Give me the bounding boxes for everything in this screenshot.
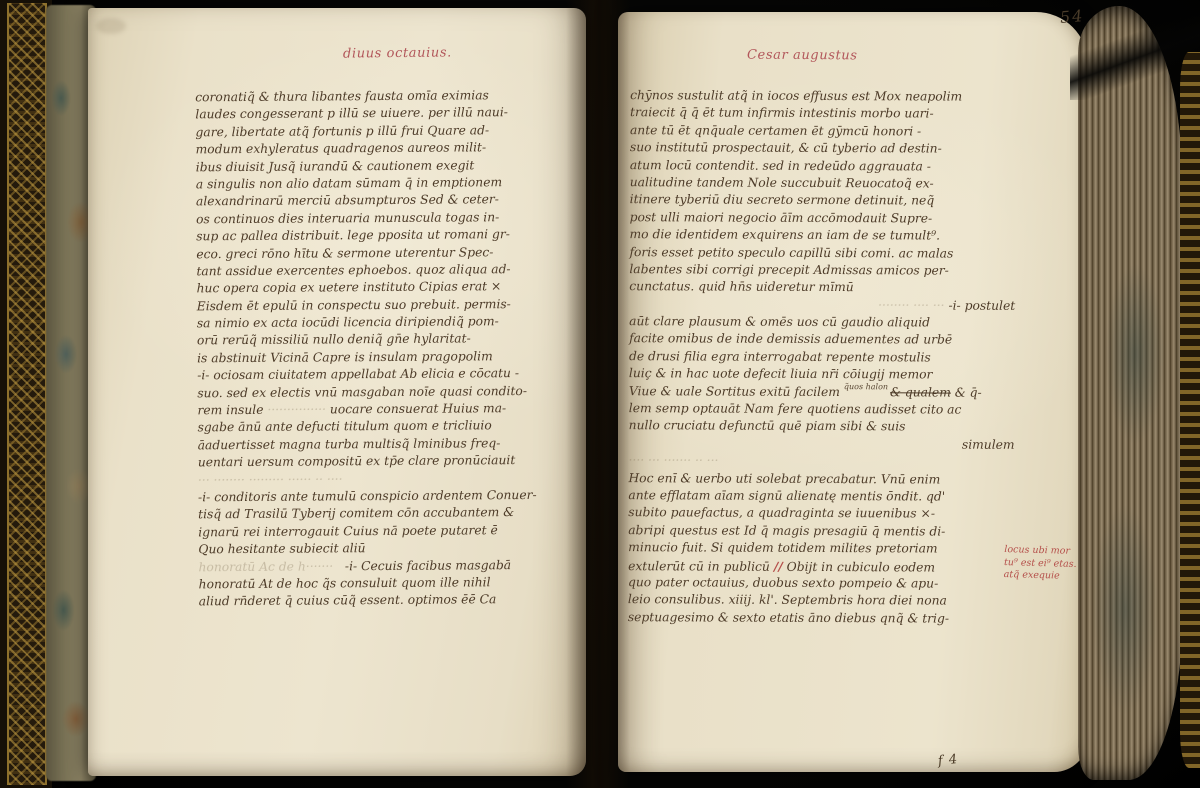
manuscript-line: extulerūt cū in publicū // Obijt in cubi… xyxy=(628,557,1014,576)
manuscript-line: suo. sed ex electis vnū masgaban noīe qu… xyxy=(197,382,575,402)
left-running-header: diuus octauius. xyxy=(343,45,452,61)
manuscript-line: de drusi filia egra interrogabat repente… xyxy=(629,348,1015,367)
manuscript-line: cunctatus. quid hn̄s uideretur mīmū xyxy=(629,278,1015,297)
manuscript-line: nullo cruciatu defunctū quē piam sibi & … xyxy=(629,418,1015,437)
manuscript-line: luiç & in hac uote defecit liuia nr̄i cō… xyxy=(629,365,1015,384)
manuscript-line: suo institutū prospectauit, & cū tyberio… xyxy=(630,139,1016,158)
right-page-text: chȳnos sustulit atq̃ in iocos effusus es… xyxy=(628,87,1016,628)
margin-note: locus ubi mortu⁹ est ei⁹ etas.atq̃ exequ… xyxy=(1004,544,1078,583)
manuscript-line: Hoc enī & uerbo uti solebat precabatur. … xyxy=(628,470,1014,489)
manuscript-line: leio consulibus. xiiij. kl'. Septembris … xyxy=(628,591,1014,610)
manuscript-line: ante efflatam aīam signū alienatę mentis… xyxy=(628,487,1014,506)
manuscript-line: simulem xyxy=(629,435,1015,454)
manuscript-line: atum locū contendit. sed in redeūdo aggr… xyxy=(630,157,1016,176)
margin-note-line: atq̃ exequie xyxy=(1004,569,1077,583)
manuscript-line: traiecit q̄ q̄ ēt tum infirmis intestini… xyxy=(630,105,1016,124)
ink-smudge xyxy=(96,18,126,34)
manuscript-line: ···· ··· ······· ·· ··· xyxy=(629,452,1015,471)
manuscript-line: post ulli maiori negocio āīm accōmodauit… xyxy=(630,209,1016,228)
left-page-text: coronatiq̃ & thura libantes fausta omīa … xyxy=(195,87,577,611)
manuscript-line: ········ ···· ··· -i- postulet xyxy=(629,296,1015,315)
gold-tooling-band xyxy=(7,3,47,785)
manuscript-photo: diuus octauius. Cesar augustus coronatiq… xyxy=(0,0,1200,788)
manuscript-line: quo pater octauius, duobus sexto pompeio… xyxy=(628,574,1014,593)
manuscript-line: subito pauefactus, a quadraginta se iuue… xyxy=(628,505,1014,524)
manuscript-line: Viue & uale Sortitus exitū facilem q̃uos… xyxy=(629,383,1015,402)
manuscript-line: ualitudine tandem Nole succubuit Reuocat… xyxy=(630,174,1016,193)
manuscript-line: mo die identidem exquirens an iam de se … xyxy=(629,226,1015,245)
manuscript-line: -i- ociosam ciuitatem appellabat Ab elic… xyxy=(197,365,575,385)
quire-signature: f 4 xyxy=(937,752,959,769)
book-cover-right xyxy=(1180,52,1200,768)
manuscript-line: aliud rn̄deret q̄ cuius cūq̃ essent. opt… xyxy=(199,591,577,611)
manuscript-line: facite omibus de inde demissis aduemente… xyxy=(629,331,1015,350)
folio-number: 54 xyxy=(1059,6,1085,27)
manuscript-line: septuagesimo & sexto etatis āno diebus q… xyxy=(628,609,1014,628)
fore-edge-pages xyxy=(1078,6,1182,780)
manuscript-line: minucio fuit. Si quidem totidem milites … xyxy=(628,539,1014,558)
manuscript-line: lem semp optauāt Nam fere quotiens audis… xyxy=(629,400,1015,419)
manuscript-line: labentes sibi corrigi precepit Admissas … xyxy=(629,261,1015,280)
right-running-header: Cesar augustus xyxy=(747,48,858,64)
manuscript-line: chȳnos sustulit atq̃ in iocos effusus es… xyxy=(630,87,1016,106)
manuscript-line: foris esset petito speculo capillū sibi … xyxy=(629,244,1015,263)
manuscript-line: ante tū ēt qnq̄uale certamen ēt gȳmcū ho… xyxy=(630,122,1016,141)
manuscript-line: aūt clare plausum & omēs uos cū gaudio a… xyxy=(629,313,1015,332)
book-cover-left xyxy=(0,0,52,788)
manuscript-line: itinere tyberiū diu secreto sermone deti… xyxy=(630,192,1016,211)
manuscript-line: abripi questus est Id q̄ magis presagiū … xyxy=(628,522,1014,541)
manuscript-line: -i- conditoris ante tumulū conspicio ard… xyxy=(198,487,576,507)
